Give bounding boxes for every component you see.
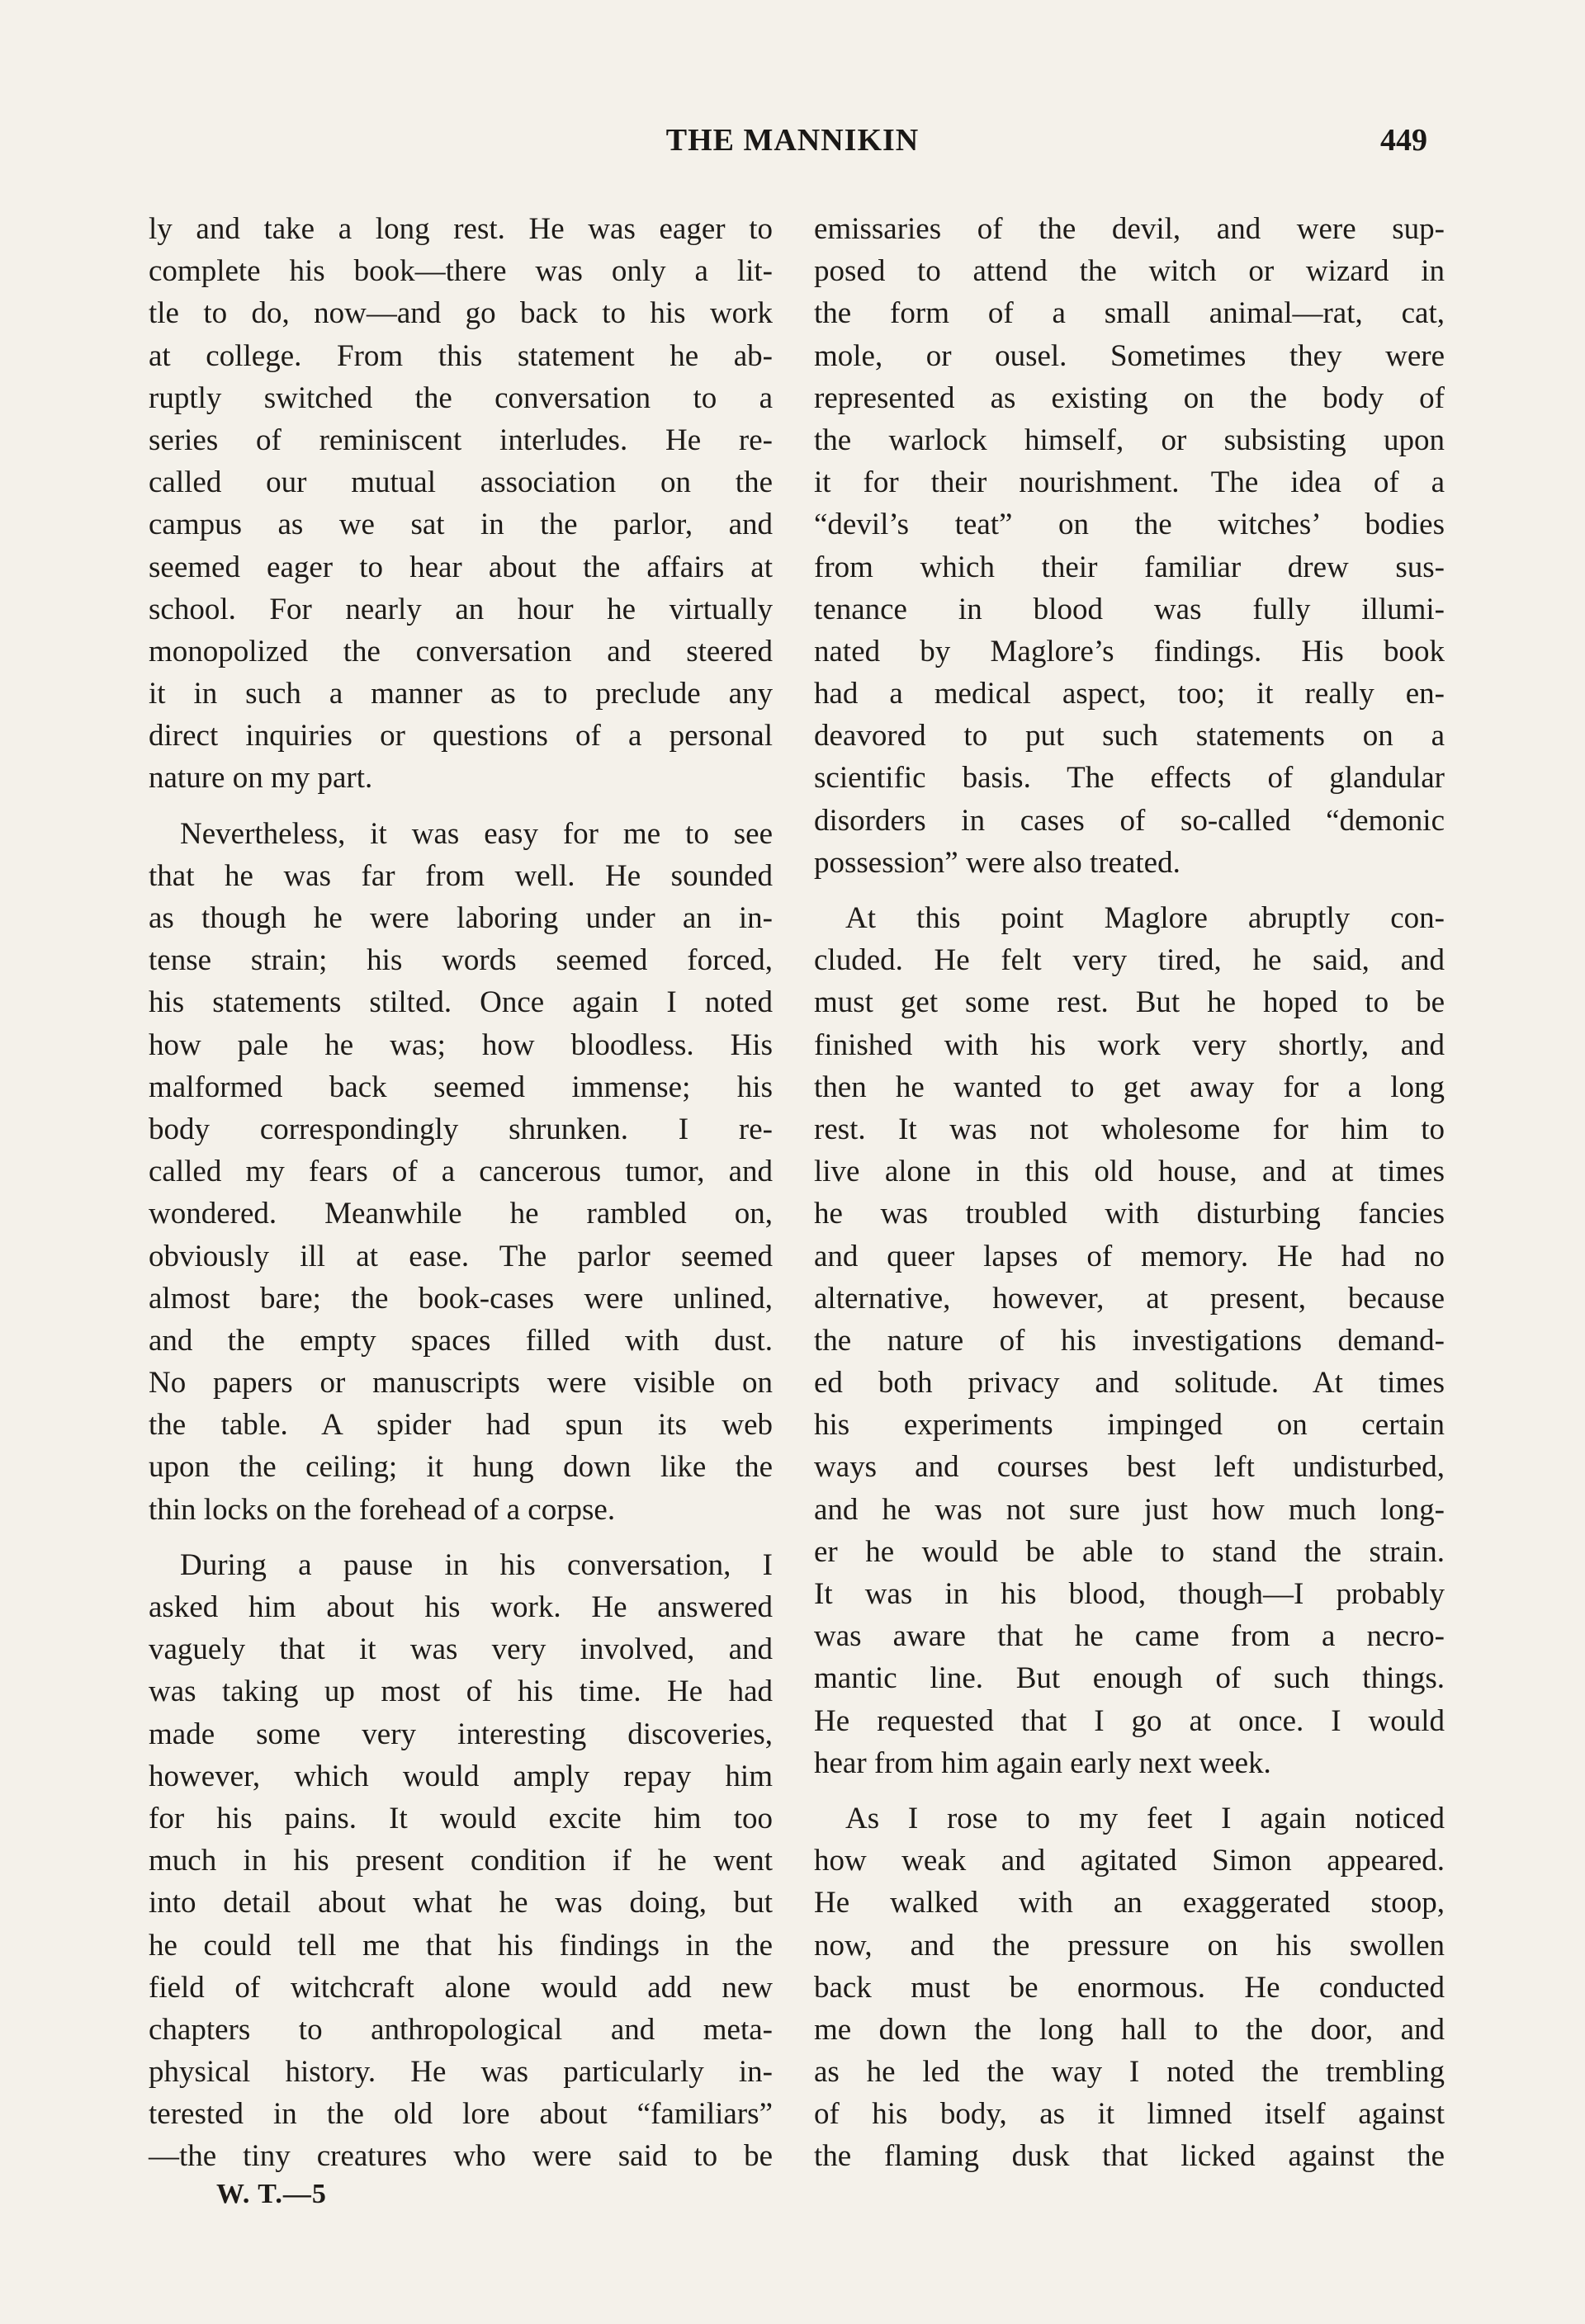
text-line: chapters to anthropological and meta- xyxy=(149,2009,773,2051)
text-line: he was troubled with disturbing fancies xyxy=(814,1193,1445,1235)
text-line: scientific basis. The effects of glandul… xyxy=(814,757,1445,799)
text-line: thin locks on the forehead of a corpse. xyxy=(149,1489,773,1531)
text-line: now, and the pressure on his swollen xyxy=(814,1925,1445,1967)
text-line: however, which would amply repay him xyxy=(149,1755,773,1797)
text-line: at college. From this statement he ab- xyxy=(149,335,773,377)
text-line: called my fears of a cancerous tumor, an… xyxy=(149,1150,773,1193)
text-line: emissaries of the devil, and were sup- xyxy=(814,208,1445,250)
text-line: the flaming dusk that licked against the xyxy=(814,2135,1445,2177)
paragraph: ly and take a long rest. He was eager to… xyxy=(149,208,773,800)
text-line: “devil’s teat” on the witches’ bodies xyxy=(814,503,1445,546)
text-line: obviously ill at ease. The parlor seemed xyxy=(149,1235,773,1278)
text-line: hear from him again early next week. xyxy=(814,1742,1445,1784)
text-line: how pale he was; how bloodless. His xyxy=(149,1024,773,1066)
text-line: the table. A spider had spun its web xyxy=(149,1404,773,1446)
text-line: tle to do, now—and go back to his work xyxy=(149,292,773,334)
text-line: as though he were laboring under an in- xyxy=(149,897,773,939)
page-number: 449 xyxy=(1380,122,1427,158)
text-line: for his pains. It would excite him too xyxy=(149,1797,773,1840)
text-line: how weak and agitated Simon appeared. xyxy=(814,1840,1445,1882)
text-line: asked him about his work. He answered xyxy=(149,1586,773,1628)
text-line: As I rose to my feet I again noticed xyxy=(814,1797,1445,1840)
text-line: physical history. He was particularly in… xyxy=(149,2051,773,2093)
text-line: Nevertheless, it was easy for me to see xyxy=(149,813,773,855)
text-line: tenance in blood was fully illumi- xyxy=(814,588,1445,631)
text-line: posed to attend the witch or wizard in xyxy=(814,250,1445,292)
text-line: wondered. Meanwhile he rambled on, xyxy=(149,1193,773,1235)
text-line: finished with his work very shortly, and xyxy=(814,1024,1445,1066)
text-line: At this point Maglore abruptly con- xyxy=(814,897,1445,939)
text-line: nated by Maglore’s findings. His book xyxy=(814,631,1445,673)
text-line: field of witchcraft alone would add new xyxy=(149,1967,773,2009)
text-line: During a pause in his conversation, I xyxy=(149,1544,773,1586)
text-line: campus as we sat in the parlor, and xyxy=(149,503,773,546)
text-line: as he led the way I noted the trembling xyxy=(814,2051,1445,2093)
text-line: and he was not sure just how much long- xyxy=(814,1489,1445,1531)
text-line: body correspondingly shrunken. I re- xyxy=(149,1108,773,1150)
text-line: the form of a small animal—rat, cat, xyxy=(814,292,1445,334)
text-line: disorders in cases of so-called “demonic xyxy=(814,800,1445,842)
text-line: me down the long hall to the door, and xyxy=(814,2009,1445,2051)
text-line: He walked with an exaggerated stoop, xyxy=(814,1882,1445,1924)
text-line: of his body, as it limned itself against xyxy=(814,2093,1445,2135)
text-line: ed both privacy and solitude. At times xyxy=(814,1362,1445,1404)
text-line: the nature of his investigations demand- xyxy=(814,1320,1445,1362)
text-line: represented as existing on the body of xyxy=(814,377,1445,419)
paragraph-gap xyxy=(149,800,773,813)
text-line: cluded. He felt very tired, he said, and xyxy=(814,939,1445,981)
text-line: deavored to put such statements on a xyxy=(814,715,1445,757)
text-line: made some very interesting discoveries, xyxy=(149,1713,773,1755)
running-title: THE MANNIKIN xyxy=(0,122,1585,158)
text-line: It was in his blood, though—I probably xyxy=(814,1573,1445,1615)
text-line: he could tell me that his findings in th… xyxy=(149,1925,773,1967)
text-line: live alone in this old house, and at tim… xyxy=(814,1150,1445,1193)
text-line: upon the ceiling; it hung down like the xyxy=(149,1446,773,1488)
text-line: and the empty spaces filled with dust. xyxy=(149,1320,773,1362)
paragraph: As I rose to my feet I again noticedhow … xyxy=(814,1797,1445,2178)
text-line: er he would be able to stand the strain. xyxy=(814,1531,1445,1573)
text-line: tense strain; his words seemed forced, xyxy=(149,939,773,981)
paragraph: During a pause in his conversation, Iask… xyxy=(149,1544,773,2178)
text-line: called our mutual association on the xyxy=(149,461,773,503)
text-line: alternative, however, at present, becaus… xyxy=(814,1278,1445,1320)
text-line: it in such a manner as to preclude any xyxy=(149,673,773,715)
text-line: mantic line. But enough of such things. xyxy=(814,1657,1445,1699)
magazine-page: THE MANNIKIN 449 ly and take a long rest… xyxy=(0,0,1585,2324)
text-line: direct inquiries or questions of a perso… xyxy=(149,715,773,757)
text-line: it for their nourishment. The idea of a xyxy=(814,461,1445,503)
text-line: his experiments impinged on certain xyxy=(814,1404,1445,1446)
text-line: series of reminiscent interludes. He re- xyxy=(149,419,773,461)
text-line: the warlock himself, or subsisting upon xyxy=(814,419,1445,461)
text-line: nature on my part. xyxy=(149,757,773,799)
text-line: school. For nearly an hour he virtually xyxy=(149,588,773,631)
text-line: was taking up most of his time. He had xyxy=(149,1670,773,1712)
text-line: ruptly switched the conversation to a xyxy=(149,377,773,419)
text-line: He requested that I go at once. I would xyxy=(814,1700,1445,1742)
text-line: —the tiny creatures who were said to be xyxy=(149,2135,773,2177)
text-line: malformed back seemed immense; his xyxy=(149,1066,773,1108)
text-line: monopolized the conversation and steered xyxy=(149,631,773,673)
text-line: ly and take a long rest. He was eager to xyxy=(149,208,773,250)
paragraph: At this point Maglore abruptly con-clude… xyxy=(814,897,1445,1784)
text-line: rest. It was not wholesome for him to xyxy=(814,1108,1445,1150)
right-column: emissaries of the devil, and were sup-po… xyxy=(814,208,1445,2178)
text-line: and queer lapses of memory. He had no xyxy=(814,1235,1445,1278)
text-line: then he wanted to get away for a long xyxy=(814,1066,1445,1108)
text-line: was aware that he came from a necro- xyxy=(814,1615,1445,1657)
signature-mark: W. T.—5 xyxy=(216,2179,327,2210)
text-line: from which their familiar drew sus- xyxy=(814,546,1445,588)
text-line: his statements stilted. Once again I not… xyxy=(149,981,773,1023)
paragraph: emissaries of the devil, and were sup-po… xyxy=(814,208,1445,884)
text-line: back must be enormous. He conducted xyxy=(814,1967,1445,2009)
paragraph-gap xyxy=(149,1531,773,1544)
text-line: had a medical aspect, too; it really en- xyxy=(814,673,1445,715)
text-line: ways and courses best left undisturbed, xyxy=(814,1446,1445,1488)
left-column: ly and take a long rest. He was eager to… xyxy=(149,208,773,2178)
paragraph-gap xyxy=(814,1784,1445,1797)
text-line: No papers or manuscripts were visible on xyxy=(149,1362,773,1404)
paragraph-gap xyxy=(814,884,1445,897)
text-line: complete his book—there was only a lit- xyxy=(149,250,773,292)
text-line: vaguely that it was very involved, and xyxy=(149,1628,773,1670)
text-line: much in his present condition if he went xyxy=(149,1840,773,1882)
text-line: into detail about what he was doing, but xyxy=(149,1882,773,1924)
text-line: terested in the old lore about “familiar… xyxy=(149,2093,773,2135)
text-line: that he was far from well. He sounded xyxy=(149,855,773,897)
paragraph: Nevertheless, it was easy for me to seet… xyxy=(149,813,773,1531)
text-line: must get some rest. But he hoped to be xyxy=(814,981,1445,1023)
text-line: almost bare; the book-cases were unlined… xyxy=(149,1278,773,1320)
text-line: mole, or ousel. Sometimes they were xyxy=(814,335,1445,377)
text-line: possession” were also treated. xyxy=(814,842,1445,884)
text-line: seemed eager to hear about the affairs a… xyxy=(149,546,773,588)
